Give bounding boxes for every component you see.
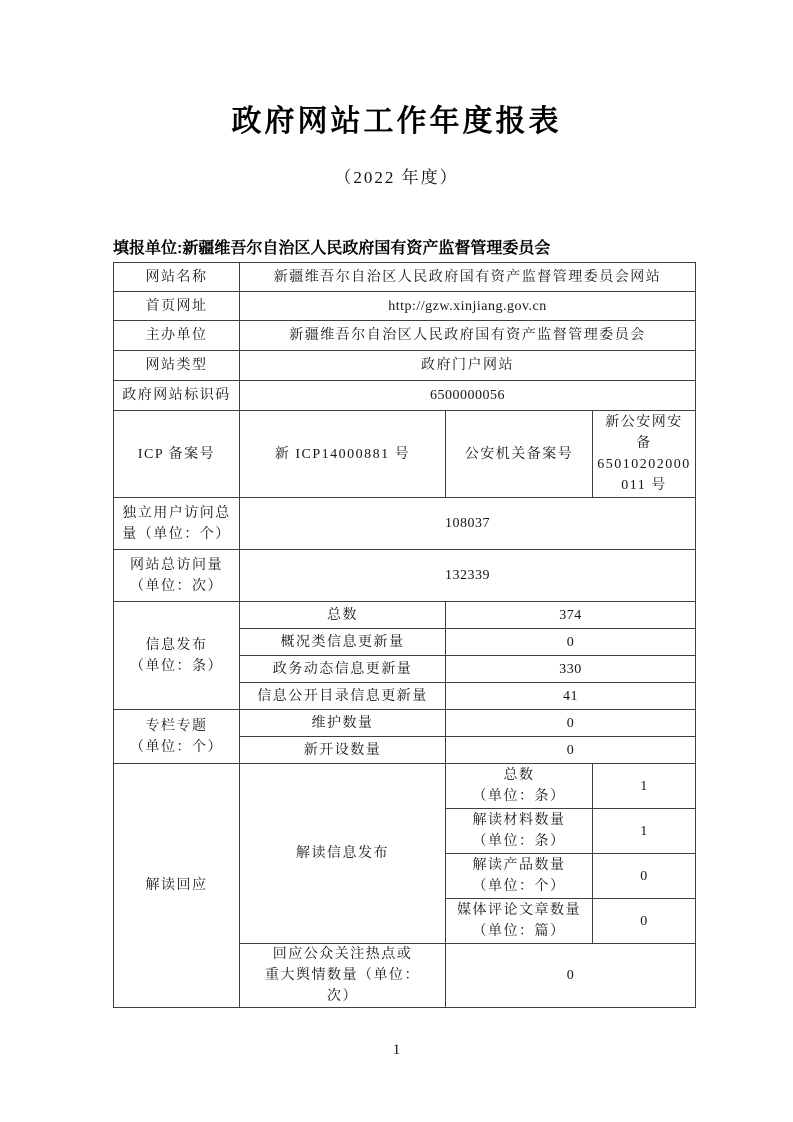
icp-filing-value: 新 ICP14000881 号 — [240, 411, 446, 498]
special-column-section-label: 专栏专题 （单位：个） — [114, 710, 240, 764]
page-number: 1 — [0, 1042, 793, 1059]
interpretation-publish-label: 解读信息发布 — [240, 764, 446, 944]
document-page: 政府网站工作年度报表 （2022 年度） 填报单位:新疆维吾尔自治区人民政府国有… — [0, 0, 793, 1122]
security-filing-value: 新公安网安 备 65010202000 011 号 — [593, 411, 696, 498]
document-title: 政府网站工作年度报表 — [0, 104, 793, 140]
host-unit-value: 新疆维吾尔自治区人民政府国有资产监督管理委员会 — [240, 321, 696, 351]
interpretation-total-value: 1 — [593, 764, 696, 809]
unique-visitors-label: 独立用户访问总 量（单位：个） — [114, 498, 240, 550]
interpretation-materials-value: 1 — [593, 809, 696, 854]
media-commentary-value: 0 — [593, 899, 696, 944]
info-publish-total-value: 374 — [446, 602, 696, 629]
security-filing-label: 公安机关备案号 — [446, 411, 593, 498]
public-response-value: 0 — [446, 944, 696, 1008]
interpretation-products-value: 0 — [593, 854, 696, 899]
table-row-site-type: 网站类型 政府门户网站 — [114, 351, 696, 381]
info-directory-updates-value: 41 — [446, 683, 696, 710]
table-row-icp-filing: ICP 备案号 新 ICP14000881 号 公安机关备案号 新公安网安 备 … — [114, 411, 696, 498]
interpretation-section-label: 解读回应 — [114, 764, 240, 1008]
interpretation-products-label: 解读产品数量 （单位：个） — [446, 854, 593, 899]
table-row-columns-maintained: 专栏专题 （单位：个） 维护数量 0 — [114, 710, 696, 737]
gov-news-updates-label: 政务动态信息更新量 — [240, 656, 446, 683]
interpretation-materials-label: 解读材料数量 （单位：条） — [446, 809, 593, 854]
site-name-label: 网站名称 — [114, 263, 240, 292]
table-row-host-unit: 主办单位 新疆维吾尔自治区人民政府国有资产监督管理委员会 — [114, 321, 696, 351]
columns-new-value: 0 — [446, 737, 696, 764]
site-id-code-value: 6500000056 — [240, 381, 696, 411]
table-row-info-publish-total: 信息发布 （单位：条） 总数 374 — [114, 602, 696, 629]
icp-filing-label: ICP 备案号 — [114, 411, 240, 498]
media-commentary-label: 媒体评论文章数量 （单位：篇） — [446, 899, 593, 944]
columns-maintained-value: 0 — [446, 710, 696, 737]
document-subtitle: （2022 年度） — [0, 166, 793, 190]
reporting-unit-line: 填报单位:新疆维吾尔自治区人民政府国有资产监督管理委员会 — [113, 238, 550, 260]
overview-updates-value: 0 — [446, 629, 696, 656]
table-row-homepage-url: 首页网址 http://gzw.xinjiang.gov.cn — [114, 292, 696, 321]
table-row-total-visits: 网站总访问量 （单位：次） 132339 — [114, 550, 696, 602]
columns-new-label: 新开设数量 — [240, 737, 446, 764]
columns-maintained-label: 维护数量 — [240, 710, 446, 737]
homepage-url-value: http://gzw.xinjiang.gov.cn — [240, 292, 696, 321]
gov-news-updates-value: 330 — [446, 656, 696, 683]
info-publish-total-label: 总数 — [240, 602, 446, 629]
site-type-label: 网站类型 — [114, 351, 240, 381]
total-visits-value: 132339 — [240, 550, 696, 602]
table-row-unique-visitors: 独立用户访问总 量（单位：个） 108037 — [114, 498, 696, 550]
site-name-value: 新疆维吾尔自治区人民政府国有资产监督管理委员会网站 — [240, 263, 696, 292]
total-visits-label: 网站总访问量 （单位：次） — [114, 550, 240, 602]
table-row-site-id-code: 政府网站标识码 6500000056 — [114, 381, 696, 411]
table-row-interpretation-total: 解读回应 解读信息发布 总数 （单位：条） 1 — [114, 764, 696, 809]
site-id-code-label: 政府网站标识码 — [114, 381, 240, 411]
overview-updates-label: 概况类信息更新量 — [240, 629, 446, 656]
interpretation-total-label: 总数 （单位：条） — [446, 764, 593, 809]
homepage-url-label: 首页网址 — [114, 292, 240, 321]
info-publish-section-label: 信息发布 （单位：条） — [114, 602, 240, 710]
unique-visitors-value: 108037 — [240, 498, 696, 550]
annual-report-table: 网站名称 新疆维吾尔自治区人民政府国有资产监督管理委员会网站 首页网址 http… — [113, 262, 696, 1008]
info-directory-updates-label: 信息公开目录信息更新量 — [240, 683, 446, 710]
host-unit-label: 主办单位 — [114, 321, 240, 351]
public-response-label: 回应公众关注热点或 重大舆情数量（单位： 次） — [240, 944, 446, 1008]
site-type-value: 政府门户网站 — [240, 351, 696, 381]
table-row-site-name: 网站名称 新疆维吾尔自治区人民政府国有资产监督管理委员会网站 — [114, 263, 696, 292]
